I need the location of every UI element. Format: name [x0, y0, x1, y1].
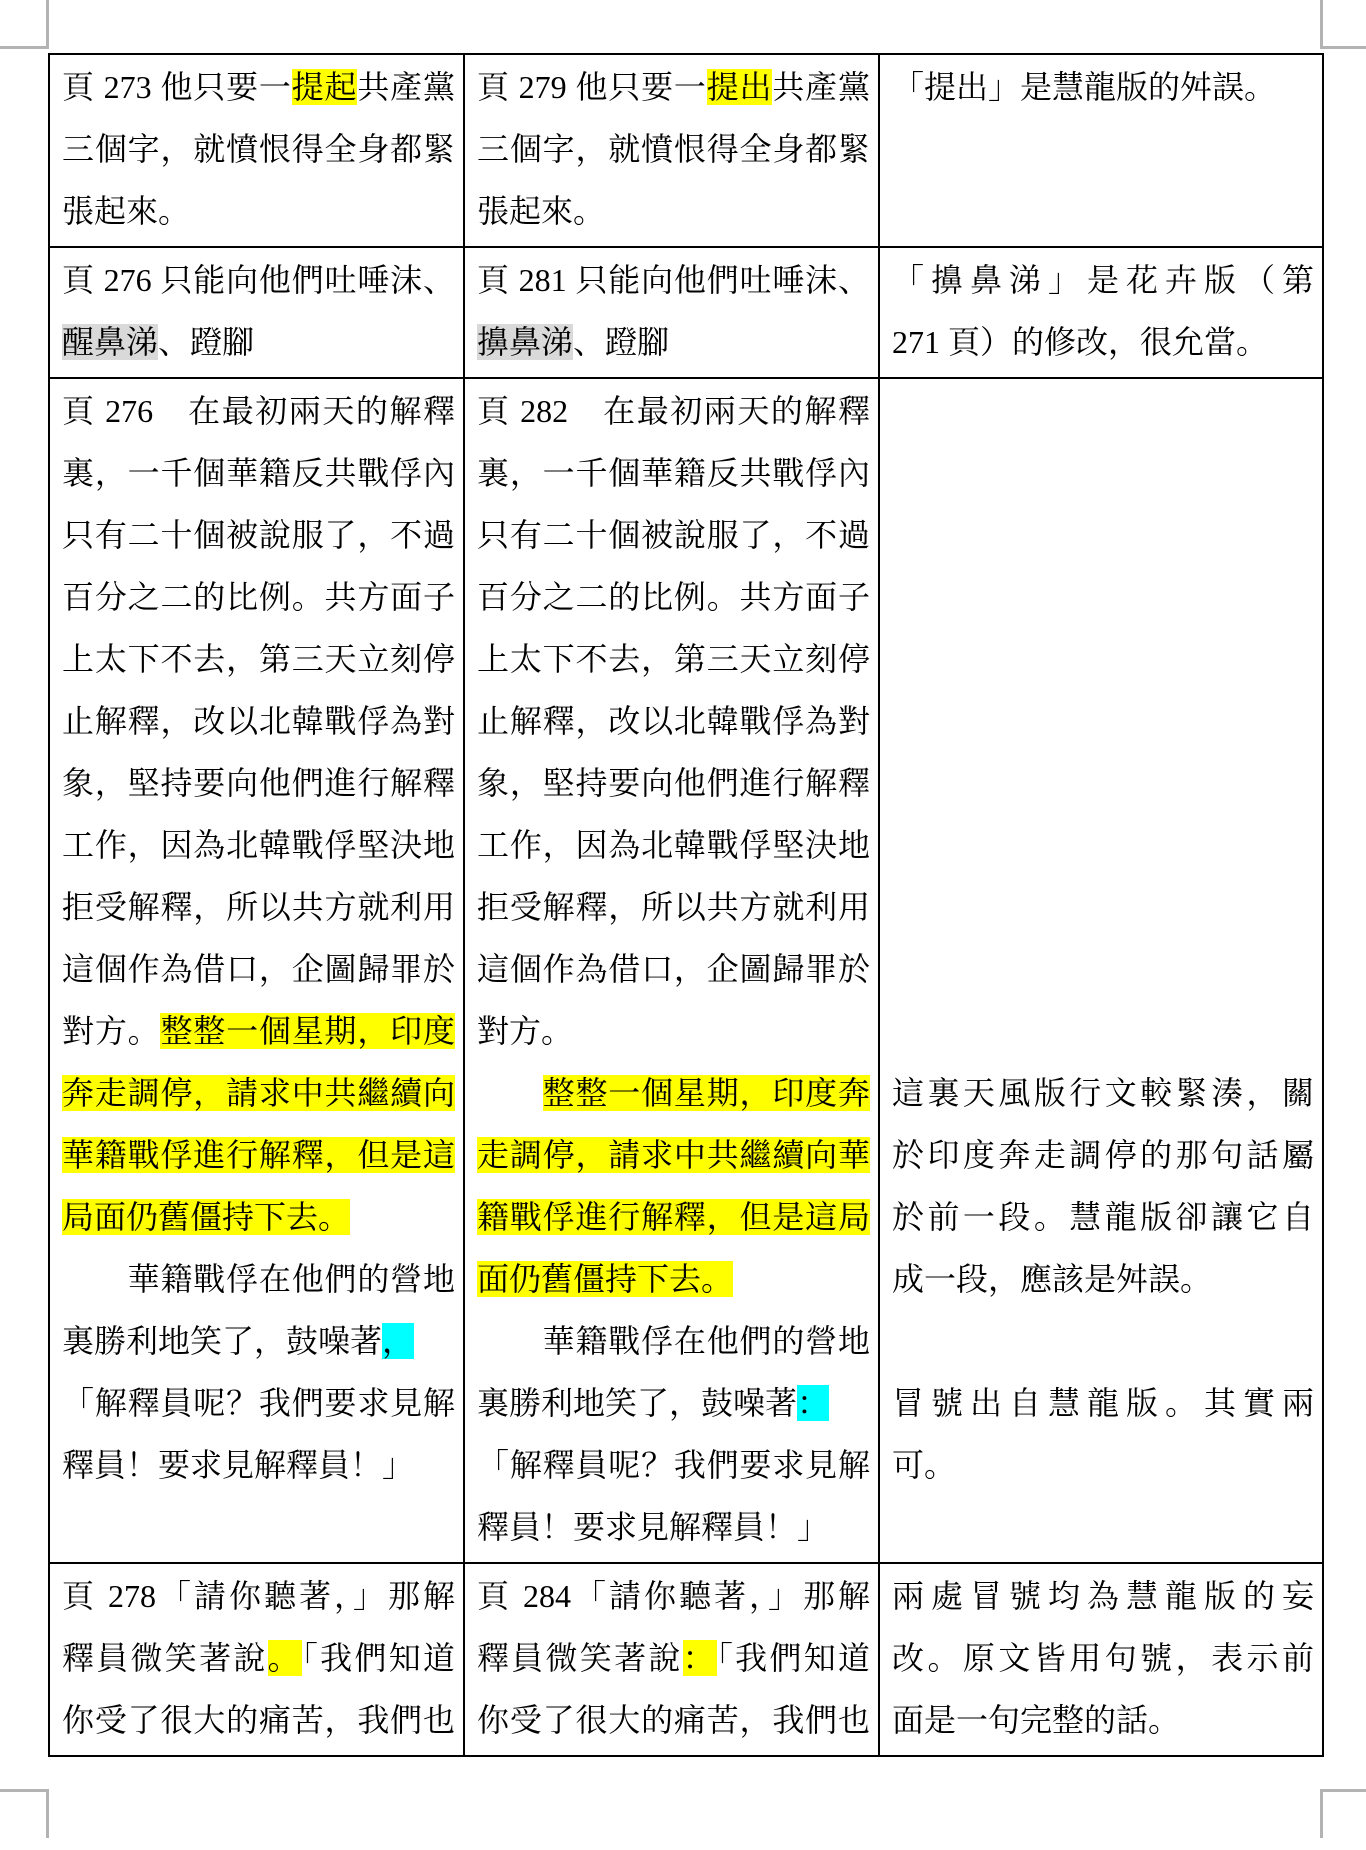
text-line: 華籍戰俘進行解釋，但是這 — [62, 1124, 455, 1186]
text-line: 這裏天風版行文較緊湊，關 — [892, 1062, 1314, 1124]
text-run: 只有二十個被說服了，不過 — [62, 517, 455, 553]
crop-mark-top-left — [0, 0, 49, 49]
text-line: 「提出」是慧龍版的舛誤。 — [892, 56, 1314, 118]
text-run: 頁 279 他只要一 — [477, 69, 707, 105]
text-line — [892, 1310, 1314, 1372]
text-line: 改。原文皆用句號，表示前 — [892, 1627, 1314, 1689]
text-run: 象，堅持要向他們進行解釋 — [477, 765, 870, 801]
text-run: 兩處冒號均為慧龍版的妄 — [892, 1578, 1314, 1614]
text-line — [892, 628, 1314, 690]
crop-mark-bottom-right — [1320, 1789, 1366, 1838]
text-line: 兩處冒號均為慧龍版的妄 — [892, 1565, 1314, 1627]
text-line — [892, 504, 1314, 566]
text-line: 裏勝利地笑了，鼓噪著， — [62, 1310, 455, 1372]
text-run: 張起來。 — [62, 193, 190, 229]
text-line: 醒鼻涕、蹬腳 — [62, 311, 455, 373]
table-cell[interactable]: 頁 282 在最初兩天的解釋裏，一千個華籍反共戰俘內只有二十個被說服了，不過百分… — [464, 378, 879, 1563]
table-row: 頁 276 在最初兩天的解釋裏，一千個華籍反共戰俘內只有二十個被說服了，不過百分… — [49, 378, 1323, 1563]
text-run: 裏勝利地笑了，鼓噪著 — [62, 1323, 382, 1359]
text-line: 釋員！要求見解釋員！」 — [62, 1434, 455, 1496]
text-line: 「解釋員呢？我們要求見解 — [62, 1372, 455, 1434]
text-run: 工作，因為北韓戰俘堅決地 — [477, 827, 870, 863]
text-line — [892, 1000, 1314, 1062]
text-run: 這個作為借口，企圖歸罪於 — [62, 951, 455, 987]
text-line — [892, 814, 1314, 876]
text-run: 「解釋員呢？我們要求見解 — [477, 1447, 870, 1483]
text-run: 頁 276 在最初兩天的解釋 — [62, 393, 455, 429]
text-line: 百分之二的比例。共方面子 — [62, 566, 455, 628]
text-run: 三個字，就憤恨得全身都緊 — [477, 131, 870, 167]
text-line: 對方。 — [477, 1000, 870, 1062]
text-run: 裏勝利地笑了，鼓噪著 — [477, 1385, 797, 1421]
text-line: 局面仍舊僵持下去。 — [62, 1186, 455, 1248]
text-run: 止解釋，改以北韓戰俘為對 — [477, 703, 870, 739]
comparison-table: 頁 273 他只要一提起共產黨三個字，就憤恨得全身都緊張起來。頁 279 他只要… — [48, 53, 1324, 1757]
text-run: 共產黨 — [357, 69, 455, 105]
text-line: 華籍戰俘在他們的營地 — [477, 1310, 870, 1372]
highlighted-text-yellow: 奔走調停，請求中共繼續向 — [62, 1075, 455, 1111]
text-line — [892, 380, 1314, 442]
text-line: 奔走調停，請求中共繼續向 — [62, 1062, 455, 1124]
text-run: 拒受解釋，所以共方就利用 — [477, 889, 870, 925]
text-run: 共產黨 — [772, 69, 870, 105]
text-line — [892, 938, 1314, 1000]
table-cell[interactable]: 「提出」是慧龍版的舛誤。 — [879, 54, 1323, 247]
text-line: 於前一段。慧龍版卻讓它自 — [892, 1186, 1314, 1248]
text-line: 籍戰俘進行解釋，但是這局 — [477, 1186, 870, 1248]
text-run: 成一段，應該是舛誤。 — [892, 1261, 1212, 1297]
text-run: 、蹬腳 — [158, 324, 254, 360]
text-line — [892, 752, 1314, 814]
text-run: 面是一句完整的話。 — [892, 1702, 1180, 1738]
highlighted-text-yellow: 整整一個星期，印度 — [160, 1013, 455, 1049]
text-line: 頁 284「請你聽著，」那解 — [477, 1565, 870, 1627]
text-line: 只有二十個被說服了，不過 — [477, 504, 870, 566]
text-line: 釋員微笑著說。「我們知道 — [62, 1627, 455, 1689]
text-line: 華籍戰俘在他們的營地 — [62, 1248, 455, 1310]
text-run: 華籍戰俘在他們的營地 — [477, 1323, 870, 1359]
text-line: 頁 279 他只要一提出共產黨 — [477, 56, 870, 118]
text-run: 裏，一千個華籍反共戰俘內 — [477, 455, 870, 491]
text-line: 走調停，請求中共繼續向華 — [477, 1124, 870, 1186]
text-line: 成一段，應該是舛誤。 — [892, 1248, 1314, 1310]
highlighted-text-yellow: 面仍舊僵持下去。 — [477, 1261, 733, 1297]
text-run: 只有二十個被說服了，不過 — [477, 517, 870, 553]
highlighted-text-yellow: 華籍戰俘進行解釋，但是這 — [62, 1137, 455, 1173]
text-line — [892, 442, 1314, 504]
text-run: 「我們知道 — [302, 1640, 455, 1676]
text-line: 上太下不去，第三天立刻停 — [477, 628, 870, 690]
text-run: 頁 273 他只要一 — [62, 69, 292, 105]
text-line: 張起來。 — [62, 180, 455, 242]
text-line: 於印度奔走調停的那句話屬 — [892, 1124, 1314, 1186]
highlighted-text-cyan: ： — [797, 1385, 829, 1421]
text-run: 於印度奔走調停的那句話屬 — [892, 1137, 1314, 1173]
table-cell[interactable]: 頁 276 在最初兩天的解釋裏，一千個華籍反共戰俘內只有二十個被說服了，不過百分… — [49, 378, 464, 1563]
text-line: 釋員微笑著說：「我們知道 — [477, 1627, 870, 1689]
highlighted-text-yellow: 提起 — [292, 69, 358, 105]
text-line: 拒受解釋，所以共方就利用 — [62, 876, 455, 938]
text-run: 頁 284「請你聽著，」那解 — [477, 1578, 870, 1614]
text-run: 「解釋員呢？我們要求見解 — [62, 1385, 455, 1421]
text-run: 張起來。 — [477, 193, 605, 229]
text-run: 改。原文皆用句號，表示前 — [892, 1640, 1314, 1676]
text-run: 「擤鼻涕」是花卉版（第 — [892, 262, 1314, 298]
text-line: 止解釋，改以北韓戰俘為對 — [62, 690, 455, 752]
text-run: 這個作為借口，企圖歸罪於 — [477, 951, 870, 987]
text-run: 頁 278「請你聽著，」那解 — [62, 1578, 455, 1614]
highlighted-text-gray: 擤鼻涕 — [477, 324, 573, 360]
text-line: 象，堅持要向他們進行解釋 — [62, 752, 455, 814]
highlighted-text-yellow: 整整一個星期，印度奔 — [543, 1075, 870, 1111]
text-run: 上太下不去，第三天立刻停 — [62, 641, 455, 677]
text-run: 頁 281 只能向他們吐唾沫、 — [477, 262, 870, 298]
table-cell[interactable]: 「擤鼻涕」是花卉版（第271 頁）的修改，很允當。 — [879, 247, 1323, 378]
text-run: 這裏天風版行文較緊湊，關 — [892, 1075, 1314, 1111]
text-run: 「我們知道 — [717, 1640, 870, 1676]
text-line: 這個作為借口，企圖歸罪於 — [477, 938, 870, 1000]
text-line: 頁 278「請你聽著，」那解 — [62, 1565, 455, 1627]
text-line: 「解釋員呢？我們要求見解 — [477, 1434, 870, 1496]
text-line: 這個作為借口，企圖歸罪於 — [62, 938, 455, 1000]
text-line: 冒號出自慧龍版。其實兩 — [892, 1372, 1314, 1434]
text-run: 裏，一千個華籍反共戰俘內 — [62, 455, 455, 491]
text-line — [892, 876, 1314, 938]
text-run: 百分之二的比例。共方面子 — [62, 579, 455, 615]
text-line: 釋員！要求見解釋員！」 — [477, 1496, 870, 1558]
highlighted-text-yellow: 籍戰俘進行解釋，但是這局 — [477, 1199, 870, 1235]
text-line: 三個字，就憤恨得全身都緊 — [62, 118, 455, 180]
text-line: 頁 276 只能向他們吐唾沫、 — [62, 249, 455, 311]
table-cell[interactable]: 頁 278「請你聽著，」那解釋員微笑著說。「我們知道你受了很大的痛苦，我們也 — [49, 1563, 464, 1756]
table-cell[interactable]: 兩處冒號均為慧龍版的妄改。原文皆用句號，表示前面是一句完整的話。 — [879, 1563, 1323, 1756]
text-line: 對方。整整一個星期，印度 — [62, 1000, 455, 1062]
text-line: 271 頁）的修改，很允當。 — [892, 311, 1314, 373]
comparison-table-body: 頁 273 他只要一提起共產黨三個字，就憤恨得全身都緊張起來。頁 279 他只要… — [49, 54, 1323, 1756]
text-line — [892, 690, 1314, 752]
text-run: 止解釋，改以北韓戰俘為對 — [62, 703, 455, 739]
table-cell[interactable]: 頁 276 只能向他們吐唾沫、醒鼻涕、蹬腳 — [49, 247, 464, 378]
table-row: 頁 278「請你聽著，」那解釋員微笑著說。「我們知道你受了很大的痛苦，我們也頁 … — [49, 1563, 1323, 1756]
text-run: 上太下不去，第三天立刻停 — [477, 641, 870, 677]
table-cell[interactable]: 頁 281 只能向他們吐唾沫、擤鼻涕、蹬腳 — [464, 247, 879, 378]
text-line: 三個字，就憤恨得全身都緊 — [477, 118, 870, 180]
text-line: 面是一句完整的話。 — [892, 1689, 1314, 1751]
highlighted-text-yellow: ： — [683, 1640, 717, 1676]
table-row: 頁 276 只能向他們吐唾沫、醒鼻涕、蹬腳頁 281 只能向他們吐唾沫、擤鼻涕、… — [49, 247, 1323, 378]
text-run: 象，堅持要向他們進行解釋 — [62, 765, 455, 801]
text-line: 整整一個星期，印度奔 — [477, 1062, 870, 1124]
text-line: 可。 — [892, 1434, 1314, 1496]
text-run: 百分之二的比例。共方面子 — [477, 579, 870, 615]
text-run: 工作，因為北韓戰俘堅決地 — [62, 827, 455, 863]
text-run: 你受了很大的痛苦，我們也 — [477, 1702, 870, 1738]
text-line — [892, 566, 1314, 628]
text-line: 只有二十個被說服了，不過 — [62, 504, 455, 566]
text-line: 裏，一千個華籍反共戰俘內 — [477, 442, 870, 504]
highlighted-text-yellow: 。 — [268, 1640, 302, 1676]
highlighted-text-cyan: ， — [382, 1323, 414, 1359]
text-line: 上太下不去，第三天立刻停 — [62, 628, 455, 690]
text-run: 華籍戰俘在他們的營地 — [62, 1261, 455, 1297]
highlighted-text-yellow: 走調停，請求中共繼續向華 — [477, 1137, 870, 1173]
highlighted-text-yellow: 提出 — [707, 69, 773, 105]
text-line: 止解釋，改以北韓戰俘為對 — [477, 690, 870, 752]
text-line: 「擤鼻涕」是花卉版（第 — [892, 249, 1314, 311]
text-line: 張起來。 — [477, 180, 870, 242]
text-line: 拒受解釋，所以共方就利用 — [477, 876, 870, 938]
text-line: 你受了很大的痛苦，我們也 — [62, 1689, 455, 1751]
text-run: 於前一段。慧龍版卻讓它自 — [892, 1199, 1314, 1235]
text-line: 面仍舊僵持下去。 — [477, 1248, 870, 1310]
text-run: 釋員微笑著說 — [62, 1640, 268, 1676]
text-run: 可。 — [892, 1447, 956, 1483]
text-run: 釋員！要求見解釋員！」 — [62, 1447, 414, 1483]
text-run: 釋員！要求見解釋員！」 — [477, 1509, 829, 1545]
text-line: 頁 282 在最初兩天的解釋 — [477, 380, 870, 442]
text-run: 對方。 — [477, 1013, 573, 1049]
crop-mark-bottom-left — [0, 1789, 49, 1838]
text-line: 工作，因為北韓戰俘堅決地 — [62, 814, 455, 876]
document-page: 頁 273 他只要一提起共產黨三個字，就憤恨得全身都緊張起來。頁 279 他只要… — [0, 0, 1366, 1850]
text-line: 百分之二的比例。共方面子 — [477, 566, 870, 628]
text-run: 、蹬腳 — [573, 324, 669, 360]
table-cell[interactable]: 頁 284「請你聽著，」那解釋員微笑著說：「我們知道你受了很大的痛苦，我們也 — [464, 1563, 879, 1756]
text-run: 你受了很大的痛苦，我們也 — [62, 1702, 455, 1738]
text-run: 三個字，就憤恨得全身都緊 — [62, 131, 455, 167]
text-run: 釋員微笑著說 — [477, 1640, 683, 1676]
table-cell[interactable]: 這裏天風版行文較緊湊，關於印度奔走調停的那句話屬於前一段。慧龍版卻讓它自成一段，… — [879, 378, 1323, 1563]
table-cell[interactable]: 頁 279 他只要一提出共產黨三個字，就憤恨得全身都緊張起來。 — [464, 54, 879, 247]
text-run: 「提出」是慧龍版的舛誤。 — [892, 69, 1276, 105]
text-line: 頁 276 在最初兩天的解釋 — [62, 380, 455, 442]
crop-mark-top-right — [1320, 0, 1366, 49]
text-line: 頁 273 他只要一提起共產黨 — [62, 56, 455, 118]
text-line: 裏，一千個華籍反共戰俘內 — [62, 442, 455, 504]
table-row: 頁 273 他只要一提起共產黨三個字，就憤恨得全身都緊張起來。頁 279 他只要… — [49, 54, 1323, 247]
highlighted-text-yellow: 局面仍舊僵持下去。 — [62, 1199, 350, 1235]
text-line: 象，堅持要向他們進行解釋 — [477, 752, 870, 814]
text-line: 擤鼻涕、蹬腳 — [477, 311, 870, 373]
text-line: 工作，因為北韓戰俘堅決地 — [477, 814, 870, 876]
text-run: 271 頁）的修改，很允當。 — [892, 324, 1268, 360]
text-run: 頁 276 只能向他們吐唾沫、 — [62, 262, 455, 298]
text-run — [477, 1075, 543, 1111]
text-run: 對方。 — [62, 1013, 160, 1049]
text-run: 冒號出自慧龍版。其實兩 — [892, 1385, 1314, 1421]
text-line: 裏勝利地笑了，鼓噪著： — [477, 1372, 870, 1434]
text-line: 你受了很大的痛苦，我們也 — [477, 1689, 870, 1751]
text-run: 拒受解釋，所以共方就利用 — [62, 889, 455, 925]
text-run: 頁 282 在最初兩天的解釋 — [477, 393, 870, 429]
highlighted-text-gray: 醒鼻涕 — [62, 324, 158, 360]
text-line: 頁 281 只能向他們吐唾沫、 — [477, 249, 870, 311]
table-cell[interactable]: 頁 273 他只要一提起共產黨三個字，就憤恨得全身都緊張起來。 — [49, 54, 464, 247]
